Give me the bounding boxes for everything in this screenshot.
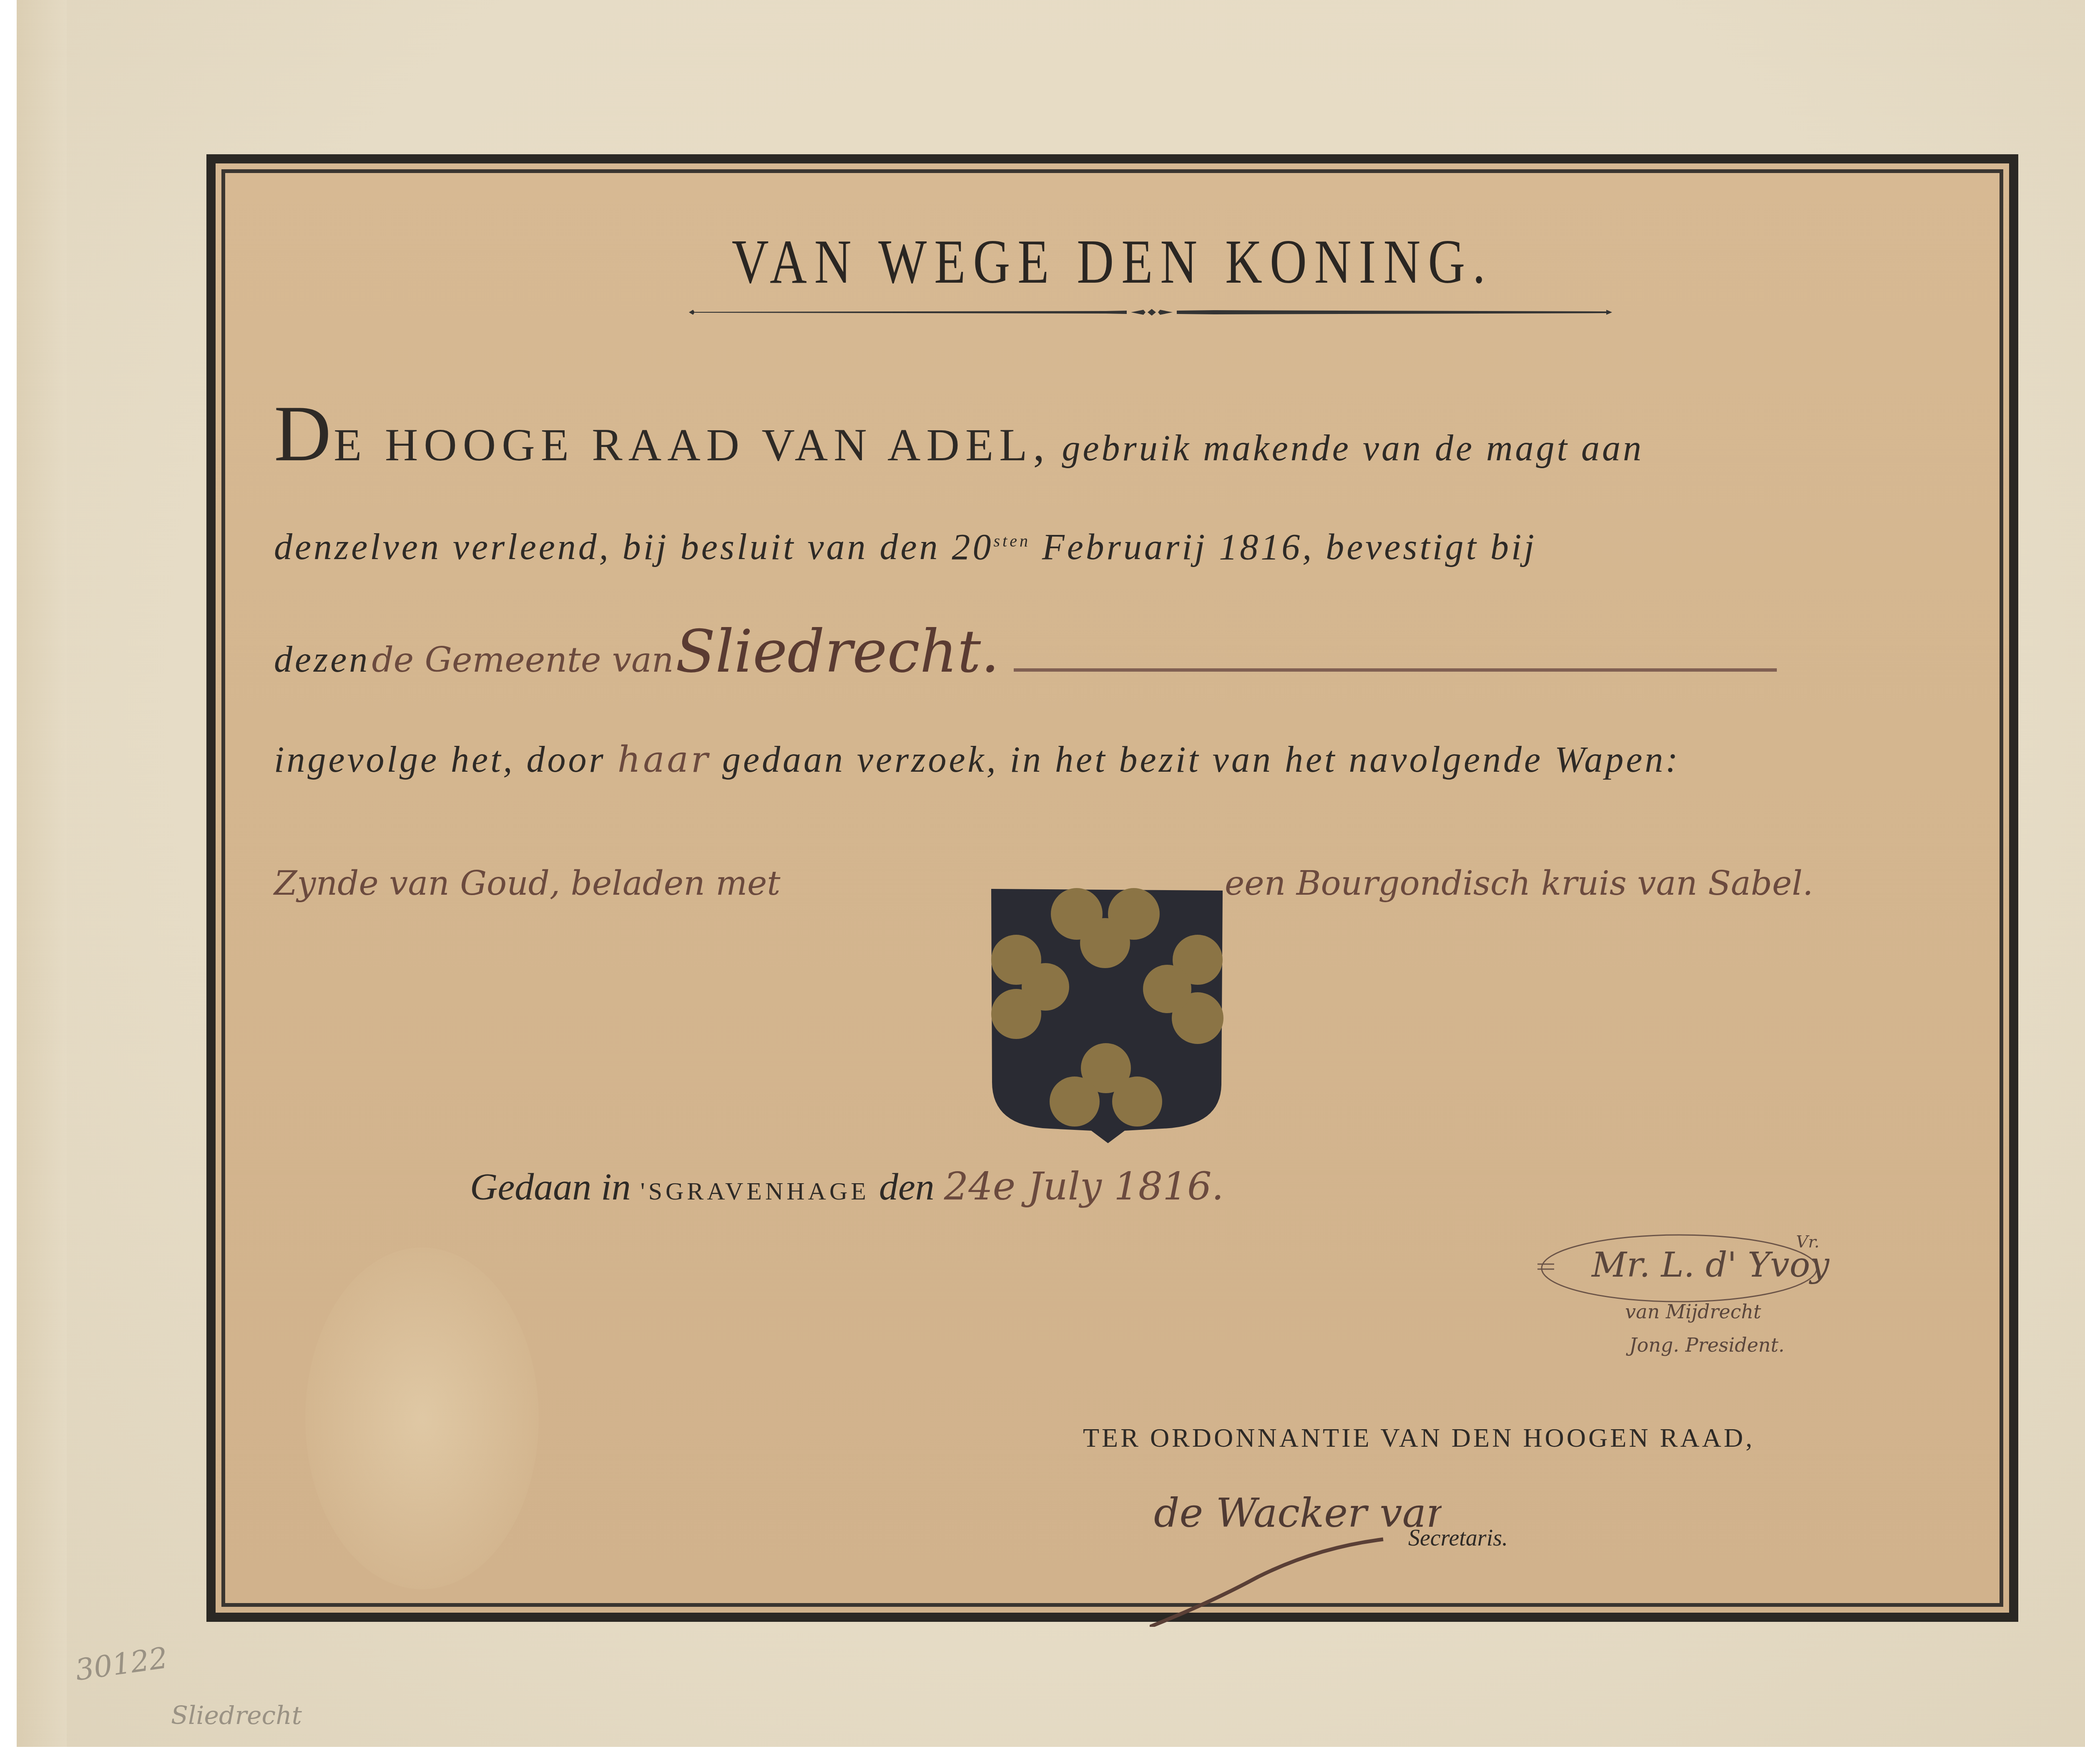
handwritten-pronoun: haar [618, 739, 711, 780]
svg-text:van Mijdrecht: van Mijdrecht [1625, 1300, 1761, 1323]
blazon-left: Zynde van Goud, beladen met [274, 864, 781, 903]
svg-text:Jong. President.: Jong. President. [1626, 1334, 1784, 1356]
line-1-text: gebruik makende van de magt aan [1062, 428, 1644, 469]
paragraph-line-2: denzelven verleend, bij besluit van den … [274, 526, 1951, 568]
ordonnantie-line: TER ORDONNANTIE VAN DEN HOOGEN RAAD, [1083, 1423, 1755, 1453]
issued-line: Gedaan in 'SGRAVENHAGE den 24e July 1816… [470, 1164, 1224, 1209]
blazon-right: een Bourgondisch kruis van Sabel. [1225, 864, 1813, 903]
issued-date: 24e July 1816. [944, 1164, 1224, 1209]
margin-number-note: 30122 [73, 1641, 170, 1687]
issued-den: den [879, 1165, 934, 1208]
paragraph-line-3: dezen de Gemeente van Sliedrecht. [274, 618, 1951, 686]
document-content: VAN WEGE DEN KONING. DE HOOGE RAAD VAN A… [216, 163, 2009, 1613]
line-4-printed-after: gedaan verzoek, in het bezit van het nav… [722, 740, 1681, 780]
svg-text:de Wacker van Zon: de Wacker van Zon [1154, 1490, 1442, 1536]
paragraph-line-4: ingevolge het, door haar gedaan verzoek,… [274, 739, 1951, 781]
fill-line [1014, 668, 1777, 672]
issued-prefix: Gedaan in [470, 1165, 631, 1208]
ornamental-rule [689, 307, 1615, 317]
paper-sheet: VAN WEGE DEN KONING. DE HOOGE RAAD VAN A… [17, 0, 2085, 1747]
coat-of-arms-shield [987, 885, 1225, 1152]
secretary-signature: de Wacker van Zon [1150, 1468, 1442, 1627]
seal-impression [305, 1247, 539, 1589]
issued-place: 'SGRAVENHAGE [641, 1177, 869, 1205]
secretary-title: Secretaris. [1408, 1525, 1508, 1551]
council-name: E HOOGE RAAD VAN ADEL, [334, 419, 1050, 470]
paper-stain [17, 0, 67, 1747]
svg-text:Mr. L. d' Yvoy: Mr. L. d' Yvoy [1591, 1245, 1829, 1285]
line-3-printed: dezen [274, 640, 370, 680]
president-signature: Mr. L. d' Yvoy Vr. van Mijdrecht Jong. P… [1529, 1222, 1829, 1360]
superscript: sten [994, 532, 1030, 550]
line-4-printed-before: ingevolge het, door [274, 740, 606, 780]
handwritten-municipality-label: de Gemeente van [372, 640, 673, 680]
line-2-text-before: denzelven verleend, bij besluit van den … [274, 527, 994, 567]
document-frame: VAN WEGE DEN KONING. DE HOOGE RAAD VAN A… [206, 154, 2018, 1622]
line-2-text-after: Februarij 1816, bevestigt bij [1042, 527, 1537, 567]
paragraph-line-1: DE HOOGE RAAD VAN ADEL, gebruik makende … [274, 389, 1951, 479]
heading: VAN WEGE DEN KONING. [377, 226, 1848, 298]
handwritten-municipality-name: Sliedrecht. [676, 618, 1000, 686]
svg-text:Vr.: Vr. [1796, 1232, 1819, 1252]
drop-cap: D [274, 390, 334, 478]
margin-place-note: Sliedrecht [171, 1701, 302, 1730]
